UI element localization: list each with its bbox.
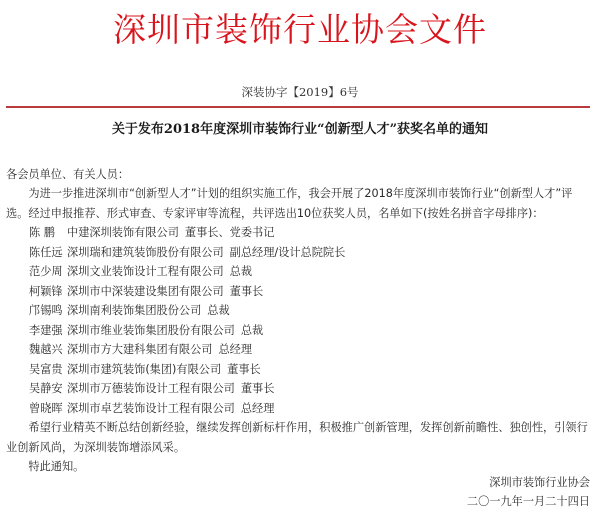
awardee-item: 陈 鹏中建深圳装饰有限公司董事长、党委书记 [29,223,345,243]
awardee-item: 邝锡鸣深圳南利装饰集团股份公司总裁 [29,301,345,321]
awardee-name: 吴静安 [29,379,63,399]
awardee-item: 吴富贵深圳市建筑装饰(集团)有限公司董事长 [29,360,345,380]
awardee-list: 陈 鹏中建深圳装饰有限公司董事长、党委书记 陈任远深圳瑞和建筑装饰股份有限公司副… [29,223,345,418]
awardee-company: 深圳市中深装建设集团有限公司 [67,285,224,298]
awardee-company: 深圳市维业装饰集团股份有限公司 [67,324,235,337]
awardee-name: 李建强 [29,321,63,341]
awardee-name: 范少周 [29,262,63,282]
awardee-name: 曾晓晖 [29,399,63,419]
notice-title: 关于发布2018年度深圳市装饰行业“创新型人才”获奖名单的通知 [0,121,600,139]
header-divider [6,106,590,108]
document-header-title: 深圳市装饰行业协会文件 [0,8,600,52]
awardee-company: 深圳瑞和建筑装饰股份有限公司 [67,246,224,259]
salutation: 各会员单位、有关人员： [6,165,590,185]
awardee-name: 吴富贵 [29,360,63,380]
document-page: 深圳市装饰行业协会文件 深装协字【2019】6号 关于发布2018年度深圳市装饰… [0,0,600,520]
awardee-company: 中建深圳装饰有限公司 [67,226,179,239]
awardee-name: 魏越兴 [29,340,63,360]
awardee-title: 总裁 [241,324,263,337]
awardee-title: 总裁 [230,265,252,278]
awardee-name: 陈任远 [29,243,63,263]
awardee-item: 吴静安深圳市万德装饰设计工程有限公司董事长 [29,379,345,399]
signature-date: 二〇一九年一月二十四日 [467,492,590,512]
awardee-title: 董事长 [241,382,275,395]
awardee-item: 柯颖锋深圳市中深装建设集团有限公司董事长 [29,282,345,302]
awardee-item: 陈任远深圳瑞和建筑装饰股份有限公司副总经理/设计总院院长 [29,243,345,263]
intro-paragraph: 为进一步推进深圳市“创新型人才”计划的组织实施工作，我会开展了2018年度深圳市… [6,184,590,223]
awardee-item: 范少周深圳文业装饰设计工程有限公司总裁 [29,262,345,282]
awardee-company: 深圳市建筑装饰(集团)有限公司 [67,363,221,376]
awardee-company: 深圳南利装饰集团股份公司 [67,304,201,317]
awardee-company: 深圳文业装饰设计工程有限公司 [67,265,224,278]
awardee-title: 总经理 [241,402,275,415]
awardee-title: 总经理 [218,343,252,356]
awardee-name: 陈 鹏 [29,223,63,243]
awardee-title: 总裁 [207,304,229,317]
awardee-title: 董事长、党委书记 [185,226,275,239]
document-number: 深装协字【2019】6号 [0,84,600,100]
awardee-title: 董事长 [230,285,264,298]
awardee-item: 李建强深圳市维业装饰集团股份有限公司总裁 [29,321,345,341]
awardee-name: 邝锡鸣 [29,301,63,321]
awardee-item: 魏越兴深圳市方大建科集团有限公司总经理 [29,340,345,360]
signature-organization: 深圳市装饰行业协会 [489,473,590,493]
awardee-company: 深圳市方大建科集团有限公司 [67,343,212,356]
closing-paragraph: 希望行业精英不断总结创新经验，继续发挥创新标杆作用，积极推广创新管理，发挥创新前… [6,418,590,457]
awardee-title: 董事长 [227,363,261,376]
awardee-company: 深圳市卓艺装饰设计工程有限公司 [67,402,235,415]
awardee-item: 曾晓晖深圳市卓艺装饰设计工程有限公司总经理 [29,399,345,419]
awardee-company: 深圳市万德装饰设计工程有限公司 [67,382,235,395]
awardee-name: 柯颖锋 [29,282,63,302]
awardee-title: 副总经理/设计总院院长 [230,246,346,259]
